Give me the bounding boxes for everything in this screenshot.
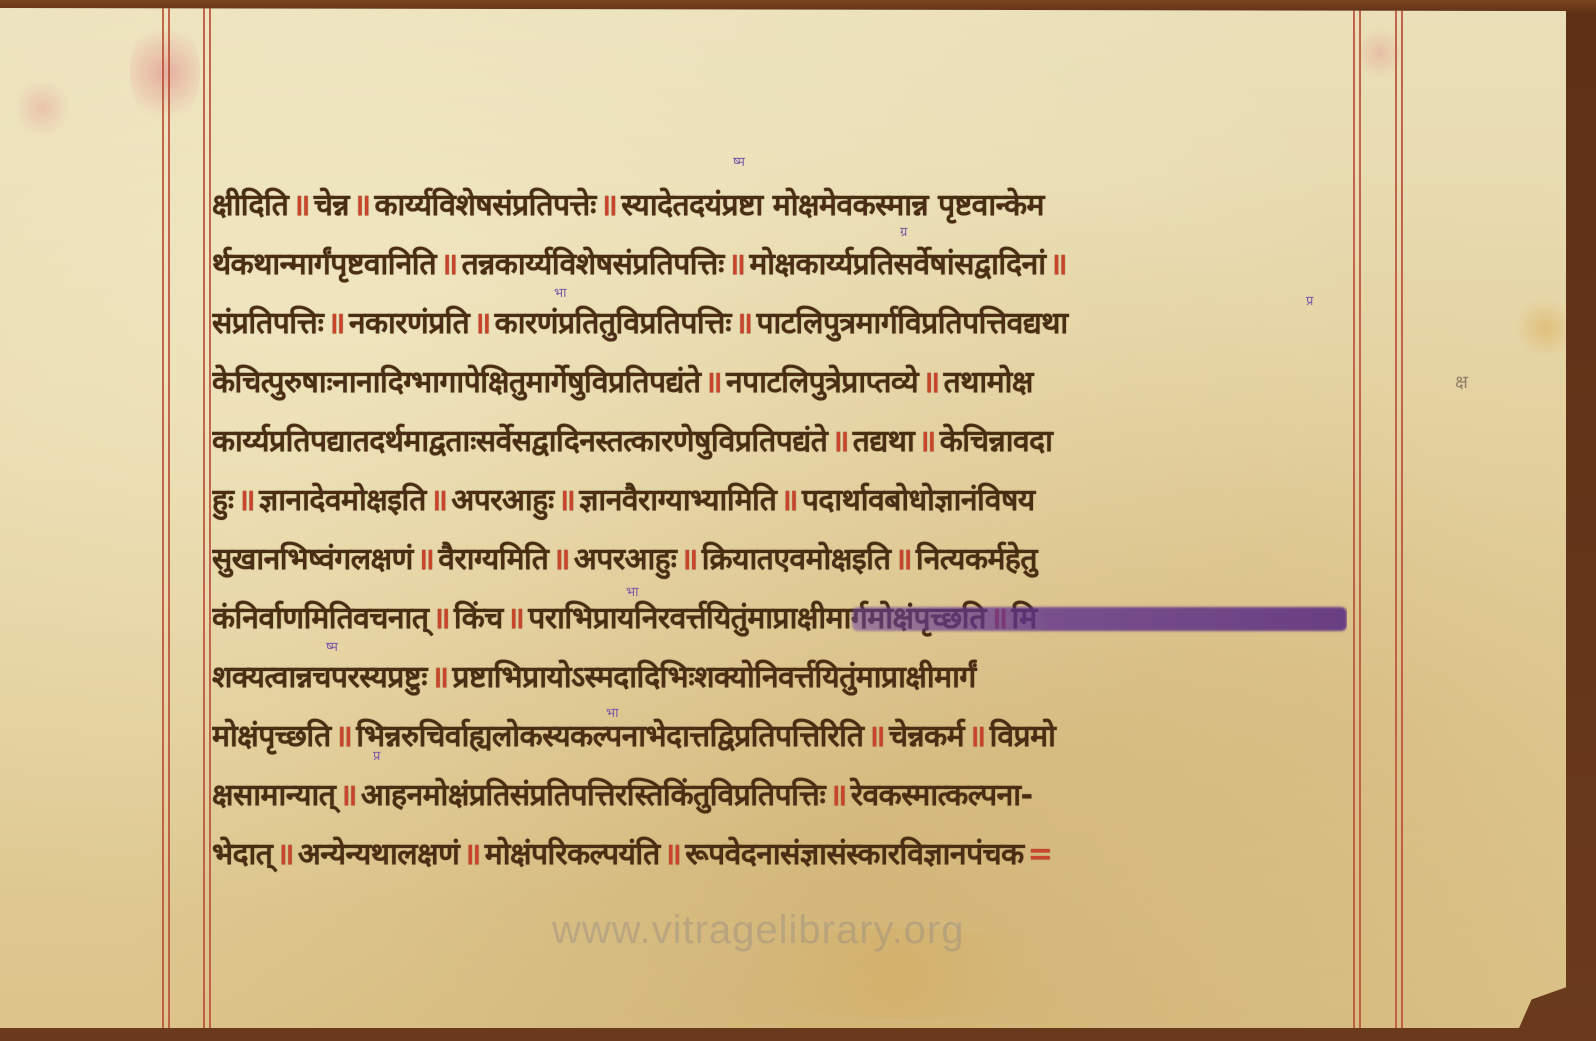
text-segment: आहनमोक्षंप्रतिसंप्रतिपत्तिरस्तिकिंतुविप्… [361,778,825,813]
text-segment: विप्रमो [990,719,1056,754]
pink-stain [130,18,200,128]
text-line-5: कार्य्यप्रतिपद्यातदर्थमाद्वताःसर्वेसद्वा… [212,412,1347,471]
text-segment: तद्यथा [853,424,914,459]
watermark: www.vitragelibrary.org [552,908,965,953]
manuscript-text-block: क्षीदिति॥चेन्न॥कार्य्यविशेषसंप्रतिपत्तेः… [212,176,1347,884]
text-segment: केचिन्नावदा [940,424,1053,459]
danda-mark: ॥ [735,306,752,341]
text-segment: कार्य्यविशेषसंप्रतिपत्तेः [374,188,595,223]
danda-mark: ॥ [680,542,697,577]
text-segment: अपरआहुः [574,542,676,577]
marginal-correction-4: प्र [1306,291,1313,309]
text-line-6: हुः॥ज्ञानादेवमोक्षइति॥अपरआहुः॥ज्ञानवैराग… [212,471,1347,530]
yellow-stain [1515,298,1575,358]
text-segment: प्रष्टाभिप्रायोऽस्मदादिभिःशक्योनिवर्त्तय… [452,660,975,695]
text-segment: किंच [454,601,503,636]
danda-mark: ॥ [831,424,848,459]
danda-mark: ॥ [780,483,797,518]
text-segment: शक्यत्वान्नचपरस्यप्रष्टुः [212,660,427,695]
text-line-9: शक्यत्वान्नचपरस्यप्रष्टुः॥प्रष्टाभिप्राय… [212,648,1347,707]
danda-mark: ॥ [894,542,911,577]
danda-mark: ॥ [417,542,434,577]
danda-mark: ॥ [473,306,490,341]
text-segment: कंनिर्वाणमितिवचनात् [212,601,428,636]
left-margin-rule-outer-2 [168,8,170,1028]
danda-mark: ॥ [292,188,309,223]
text-segment: स्यादेतदयंप्रष्टा मोक्षमेवकस्मान्न पृष्ट… [621,188,1044,223]
left-margin-rule-inner-1 [203,8,205,1028]
pink-stain [1360,23,1400,83]
text-line-10: मोक्षंपृच्छति॥भिन्नरुचिर्वाह्यलोकस्यकल्प… [212,707,1347,766]
text-segment: ज्ञानादेवमोक्षइति [259,483,426,518]
manuscript-folio: क्षीदिति॥चेन्न॥कार्य्यविशेषसंप्रतिपत्तेः… [0,8,1566,1028]
right-margin-rule-outer-2 [1401,8,1403,1028]
purple-strikethrough [852,607,1347,631]
text-line-12: भेदात्॥अन्येन्यथालक्षणं॥मोक्षंपरिकल्पयंत… [212,825,1347,884]
danda-mark: ॥ [728,247,745,282]
danda-mark: ॥ [463,837,480,872]
text-segment: मोक्षंपरिकल्पयंति [485,837,660,872]
danda-mark: ॥ [922,365,939,400]
right-margin-rule-inner-2 [1359,8,1361,1028]
text-segment: ज्ञानवैराग्याभ्यामिति [579,483,776,518]
text-segment: रूपवेदनासंज्ञासंस्कारविज्ञानपंचक [685,837,1023,872]
text-segment: क्षीदिति [212,188,288,223]
text-segment: कार्य्यप्रतिपद्यातदर्थमाद्वताःसर्वेसद्वा… [212,424,827,459]
right-margin-rule-inner-1 [1353,8,1355,1028]
text-segment: भेदात् [212,837,272,872]
text-segment: पदार्थावबोधोज्ञानंविषय [802,483,1035,518]
danda-mark: ॥ [552,542,569,577]
text-segment: तथामोक्ष [944,365,1033,400]
text-segment: नकारणंप्रति [349,306,469,341]
text-segment: नित्यकर्महेतु [916,542,1037,577]
text-segment: तन्नकार्य्यविशेषसंप्रतिपत्तिः [462,247,724,282]
text-segment: नपाटलिपुत्रेप्राप्तव्ये [726,365,918,400]
pink-stain [15,78,70,138]
text-segment: कारणंप्रतितुविप्रतिपत्तिः [495,306,731,341]
danda-mark: ॥ [1050,247,1067,282]
text-line-8: कंनिर्वाणमितिवचनात्॥किंच॥पराभिप्रायनिरवर… [212,589,1347,648]
text-line-7: सुखानभिष्वंगलक्षणं॥वैराग्यमिति॥अपरआहुः॥क… [212,530,1347,589]
text-segment: अन्येन्यथालक्षणं [298,837,459,872]
text-segment: क्षसामान्यात् [212,778,335,813]
danda-mark: ॥ [829,778,846,813]
marginal-correction-3: भा [554,283,567,301]
danda-mark: ॥ [558,483,575,518]
text-segment: मोक्षंपृच्छति [212,719,331,754]
danda-mark: ॥ [968,719,985,754]
text-line-4: केचित्पुरुषाःनानादिग्भागापेक्षितुमार्गेष… [212,353,1347,412]
left-margin-rule-inner-2 [209,8,211,1028]
danda-mark: ॥ [431,660,448,695]
text-segment: वैराग्यमिति [438,542,548,577]
marginal-correction-7: भा [606,703,619,721]
danda-mark: ॥ [918,424,935,459]
danda-mark: ॥ [339,778,356,813]
danda-mark: = [1028,837,1053,872]
text-segment: केचित्पुरुषाःनानादिग्भागापेक्षितुमार्गेष… [212,365,701,400]
margin-note: क्ष [1455,370,1468,394]
text-segment: अपरआहुः [451,483,553,518]
danda-mark: ॥ [664,837,681,872]
text-segment: भिन्नरुचिर्वाह्यलोकस्यकल्पनाभेदात्तद्विप… [356,719,863,754]
right-margin-rule-outer-1 [1395,8,1397,1028]
left-margin-rule-outer-1 [162,8,164,1028]
text-line-1: क्षीदिति॥चेन्न॥कार्य्यविशेषसंप्रतिपत्तेः… [212,176,1347,235]
text-line-2: र्थकथान्मार्गंपृष्टवानिति॥तन्नकार्य्यविश… [212,235,1347,294]
marginal-correction-6: ष्म [326,637,338,655]
text-segment: हुः [212,483,234,518]
danda-mark: ॥ [705,365,722,400]
text-segment: क्रियातएवमोक्षइति [702,542,891,577]
danda-mark: ॥ [432,601,449,636]
marginal-correction-1: ष्म [733,152,745,170]
danda-mark: ॥ [868,719,885,754]
text-segment: र्थकथान्मार्गंपृष्टवानिति [212,247,436,282]
danda-mark: ॥ [507,601,524,636]
text-segment: मोक्षकार्य्यप्रतिसर्वेषांसद्वादिनां [749,247,1045,282]
text-segment: सुखानभिष्वंगलक्षणं [212,542,413,577]
marginal-correction-8: प्र [373,746,380,764]
danda-mark: ॥ [327,306,344,341]
text-segment: चेन्न [314,188,349,223]
marginal-correction-5: भा [626,582,639,600]
text-line-3: संप्रतिपत्तिः॥नकारणंप्रति॥कारणंप्रतितुवि… [212,294,1347,353]
text-segment: रेवकस्मात्कल्पना- [851,778,1033,813]
marginal-correction-2: ग्र [900,222,907,240]
danda-mark: ॥ [600,188,617,223]
text-line-11: क्षसामान्यात्॥आहनमोक्षंप्रतिसंप्रतिपत्ति… [212,766,1347,825]
danda-mark: ॥ [353,188,370,223]
danda-mark: ॥ [430,483,447,518]
danda-mark: ॥ [335,719,352,754]
danda-mark: ॥ [440,247,457,282]
text-segment: पाटलिपुत्रमार्गविप्रतिपत्तिवद्यथा [756,306,1067,341]
text-segment: संप्रतिपत्तिः [212,306,323,341]
photo-background: क्षीदिति॥चेन्न॥कार्य्यविशेषसंप्रतिपत्तेः… [0,0,1596,1041]
text-segment: चेन्नकर्म [889,719,964,754]
danda-mark: ॥ [238,483,255,518]
danda-mark: ॥ [276,837,293,872]
